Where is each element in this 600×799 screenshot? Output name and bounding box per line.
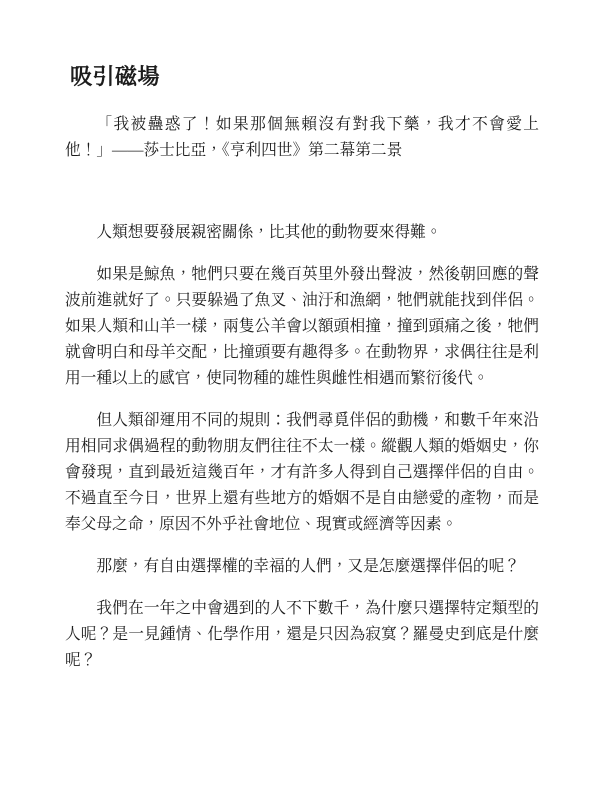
chapter-title: 吸引磁場 xyxy=(70,62,539,92)
paragraph: 如果是鯨魚，牠們只要在幾百英里外發出聲波，然後朝回應的聲波前進就好了。只要躲過了… xyxy=(65,262,539,392)
page-content: 吸引磁場 「我被蠱惑了！如果那個無賴沒有對我下藥，我才不會愛上他！」——莎士比亞… xyxy=(65,0,539,674)
paragraph: 人類想要發展親密關係，比其他的動物要來得難。 xyxy=(65,220,539,246)
epigraph-quote: 「我被蠱惑了！如果那個無賴沒有對我下藥，我才不會愛上他！」——莎士比亞，《亨利四… xyxy=(65,112,539,164)
paragraph: 但人類卻運用不同的規則：我們尋覓伴侶的動機，和數千年來沿用相同求偶過程的動物朋友… xyxy=(65,408,539,538)
body-text: 人類想要發展親密關係，比其他的動物要來得難。 如果是鯨魚，牠們只要在幾百英里外發… xyxy=(65,220,539,674)
paragraph: 那麼，有自由選擇權的幸福的人們，又是怎麼選擇伴侶的呢？ xyxy=(65,554,539,580)
book-page: 吸引磁場 「我被蠱惑了！如果那個無賴沒有對我下藥，我才不會愛上他！」——莎士比亞… xyxy=(0,0,600,799)
paragraph: 我們在一年之中會遇到的人不下數千，為什麼只選擇特定類型的人呢？是一見鍾情、化學作… xyxy=(65,596,539,674)
